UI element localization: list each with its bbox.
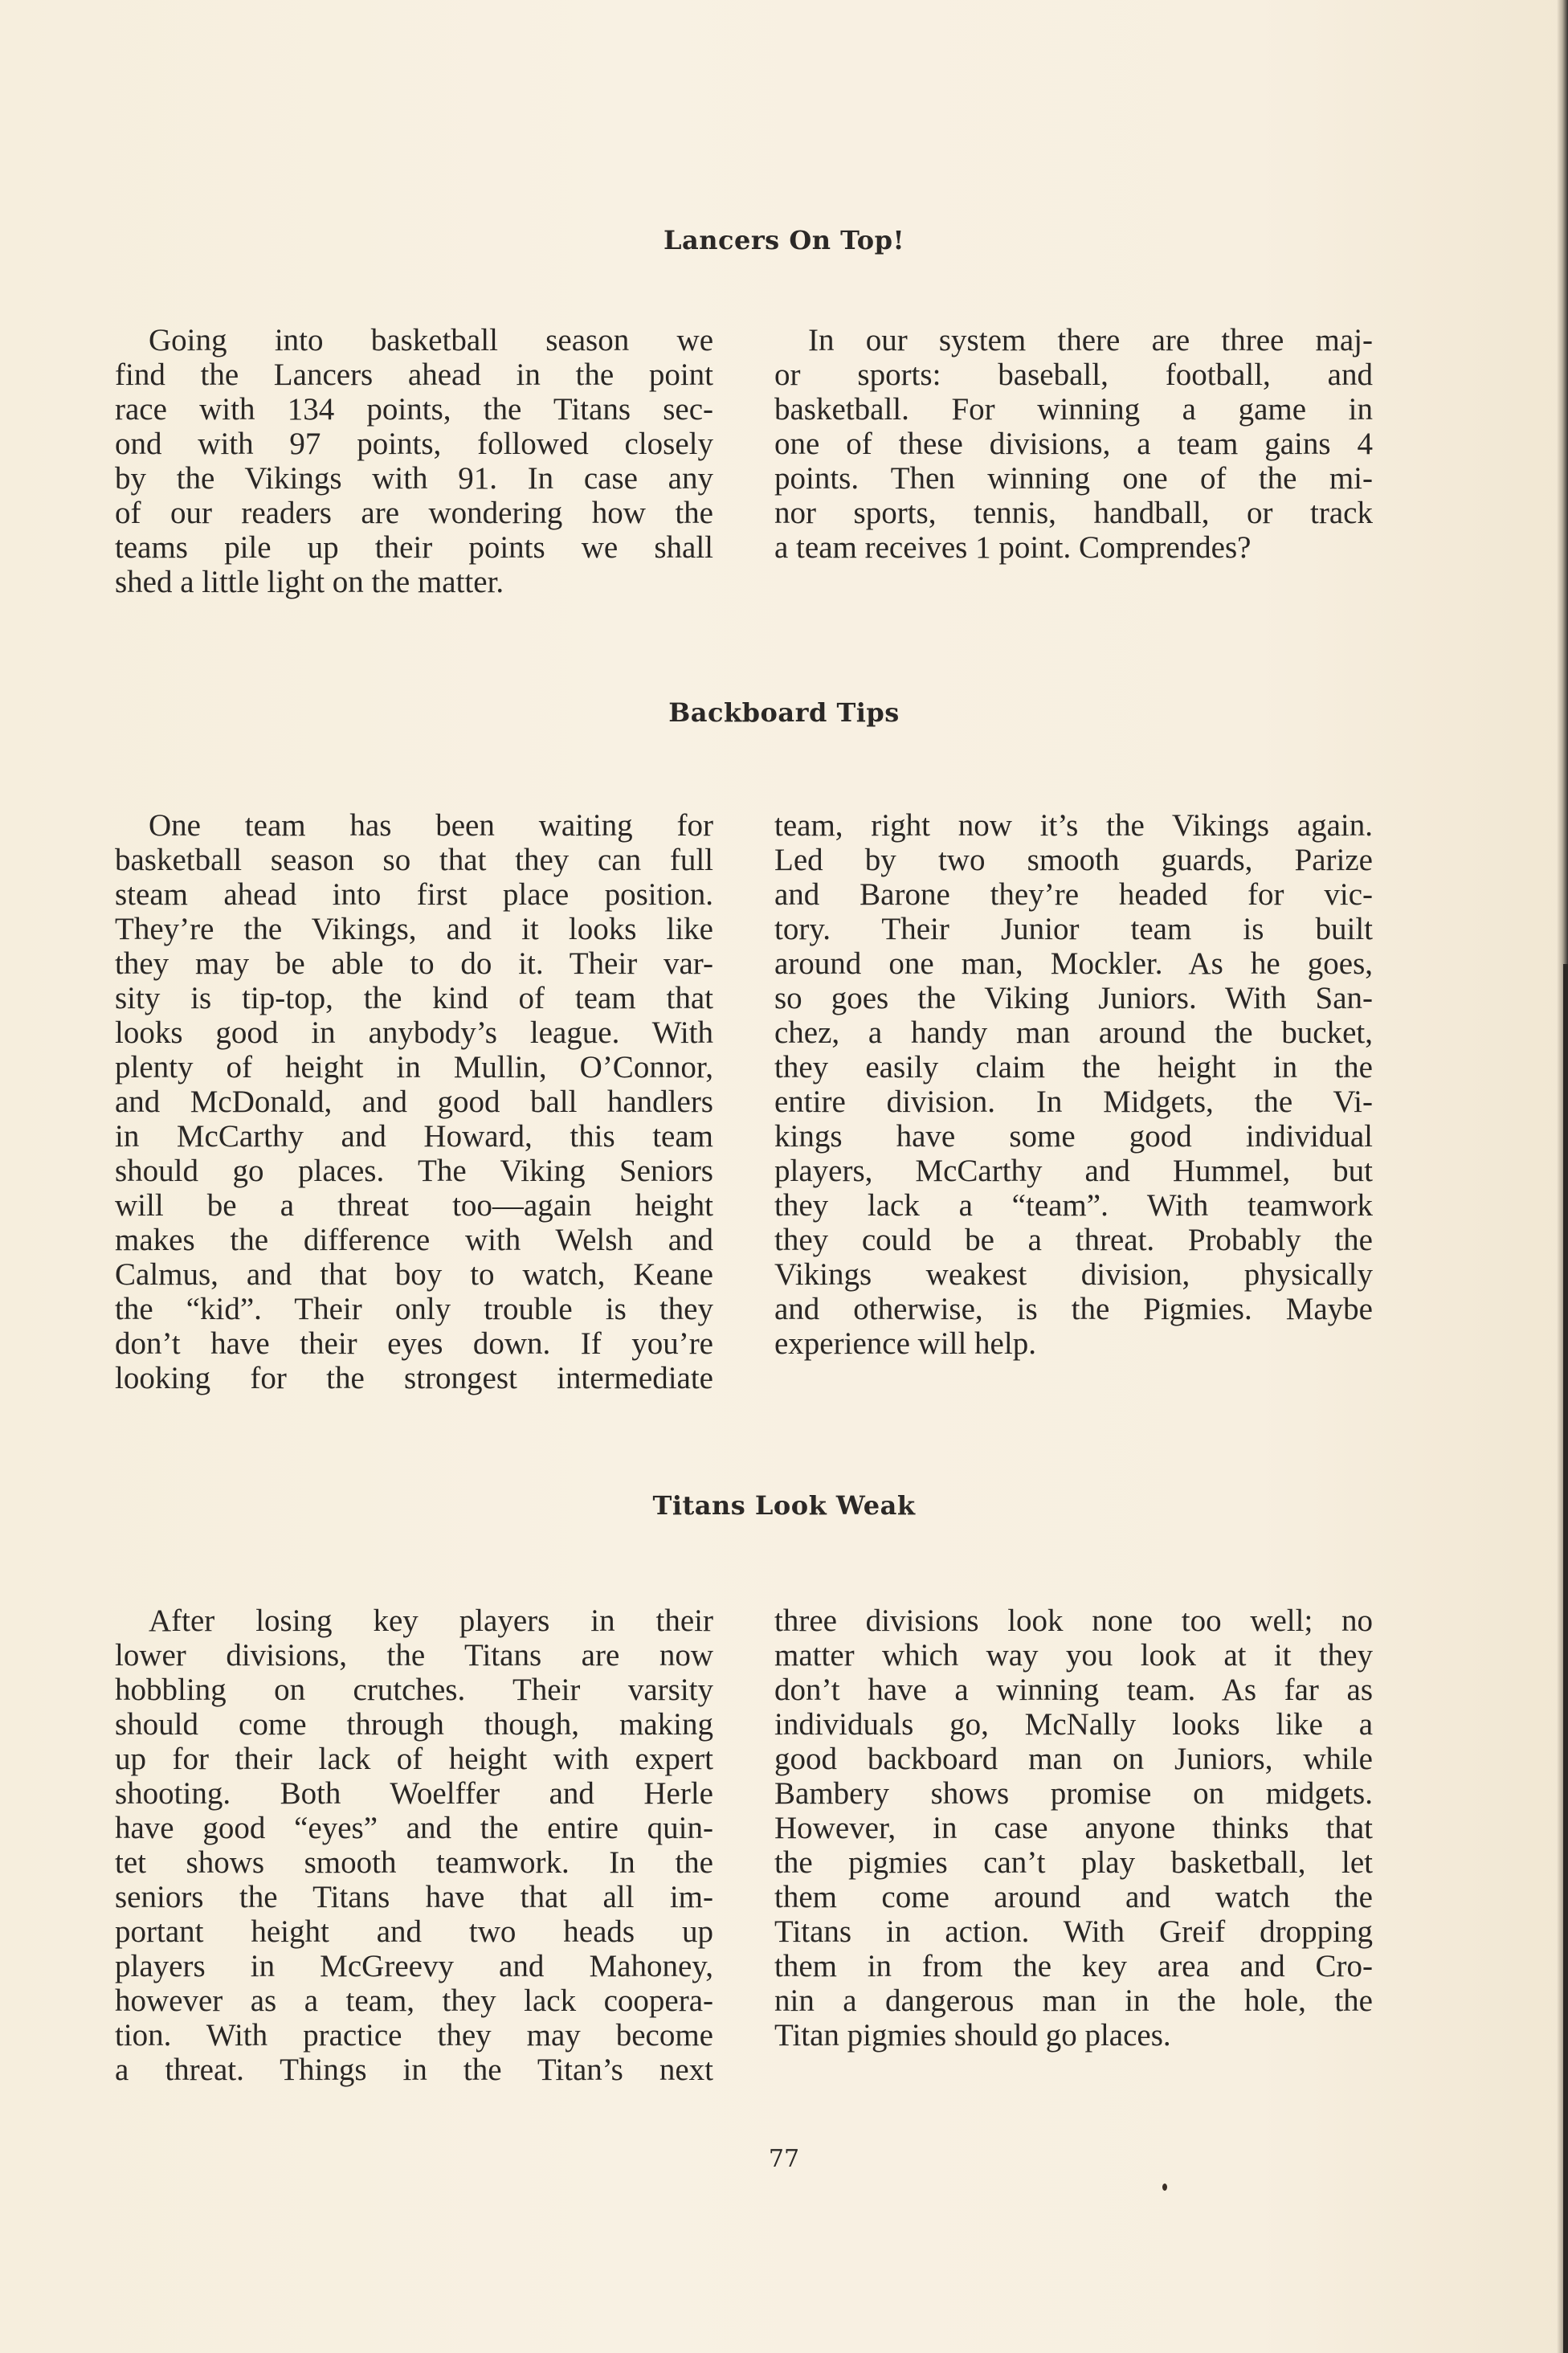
text-line: up for their lack of height with expert	[115, 1742, 713, 1776]
text-line: tory. Their Junior team is built	[774, 912, 1373, 946]
text-line: basketball season so that they can full	[115, 843, 713, 877]
text-line: the pigmies can’t play basketball, let	[774, 1845, 1373, 1880]
text-line: sity is tip-top, the kind of team that	[115, 981, 713, 1015]
text-line: the “kid”. Their only trouble is they	[115, 1292, 713, 1326]
text-line: team, right now it’s the Vikings again.	[774, 808, 1373, 843]
text-line: have good “eyes” and the entire quin-	[115, 1811, 713, 1845]
text-line: shooting. Both Woelffer and Herle	[115, 1776, 713, 1811]
text-line: nor sports, tennis, handball, or track	[774, 496, 1373, 530]
text-line: hobbling on crutches. Their varsity	[115, 1673, 713, 1707]
text-line: they easily claim the height in the	[774, 1050, 1373, 1085]
text-line: Titan pigmies should go places.	[774, 2018, 1373, 2053]
text-line: by the Vikings with 91. In case any	[115, 461, 713, 496]
text-line: points. Then winning one of the mi-	[774, 461, 1373, 496]
backboard-left-column: One team has been waiting for basketball…	[115, 808, 713, 1395]
text-line: don’t have their eyes down. If you’re	[115, 1326, 713, 1361]
text-line: After losing key players in their	[115, 1603, 713, 1638]
text-line: tet shows smooth teamwork. In the	[115, 1845, 713, 1880]
text-line: Vikings weakest division, physically	[774, 1257, 1373, 1292]
text-line: basketball. For winning a game in	[774, 392, 1373, 427]
text-line: One team has been waiting for	[115, 808, 713, 843]
text-line: kings have some good individual	[774, 1119, 1373, 1154]
text-line: of our readers are wondering how the	[115, 496, 713, 530]
text-line: seniors the Titans have that all im-	[115, 1880, 713, 1914]
text-line: In our system there are three maj-	[774, 323, 1373, 357]
section-heading-lancers-on-top: Lancers On Top!	[0, 225, 1568, 255]
text-line: Going into basketball season we	[115, 323, 713, 357]
text-line: players in McGreevy and Mahoney,	[115, 1949, 713, 1983]
text-line: tion. With practice they may become	[115, 2018, 713, 2053]
text-line: plenty of height in Mullin, O’Connor,	[115, 1050, 713, 1085]
text-line: however as a team, they lack coopera-	[115, 1983, 713, 2018]
text-line: players, McCarthy and Hummel, but	[774, 1154, 1373, 1188]
binding-edge	[1563, 964, 1568, 2353]
text-line: looking for the strongest intermediate	[115, 1361, 713, 1395]
text-line: don’t have a winning team. As far as	[774, 1673, 1373, 1707]
titans-right-column: three divisions look none too well; no m…	[774, 1603, 1373, 2053]
backboard-right-column: team, right now it’s the Vikings again. …	[774, 808, 1373, 1361]
text-line: matter which way you look at it they	[774, 1638, 1373, 1673]
text-line: entire division. In Midgets, the Vi-	[774, 1085, 1373, 1119]
text-line: a threat. Things in the Titan’s next	[115, 2053, 713, 2087]
text-line: Calmus, and that boy to watch, Keane	[115, 1257, 713, 1292]
text-line: they lack a “team”. With teamwork	[774, 1188, 1373, 1223]
text-line: Titans in action. With Greif dropping	[774, 1914, 1373, 1949]
text-line: They’re the Vikings, and it looks like	[115, 912, 713, 946]
text-line: lower divisions, the Titans are now	[115, 1638, 713, 1673]
text-line: they could be a threat. Probably the	[774, 1223, 1373, 1257]
text-line: or sports: baseball, football, and	[774, 357, 1373, 392]
text-line: three divisions look none too well; no	[774, 1603, 1373, 1638]
text-line: them come around and watch the	[774, 1880, 1373, 1914]
text-line: nin a dangerous man in the hole, the	[774, 1983, 1373, 2018]
text-line: experience will help.	[774, 1326, 1373, 1361]
text-line: race with 134 points, the Titans sec-	[115, 392, 713, 427]
lancers-left-column: Going into basketball season we find the…	[115, 323, 713, 599]
text-line: so goes the Viking Juniors. With San-	[774, 981, 1373, 1015]
titans-left-column: After losing key players in their lower …	[115, 1603, 713, 2087]
text-line: teams pile up their points we shall	[115, 530, 713, 565]
text-line: chez, a handy man around the bucket,	[774, 1015, 1373, 1050]
text-line: will be a threat too—again height	[115, 1188, 713, 1223]
page-number: 77	[0, 2145, 1568, 2173]
section-heading-backboard-tips: Backboard Tips	[0, 697, 1568, 728]
text-line: looks good in anybody’s league. With	[115, 1015, 713, 1050]
text-line: one of these divisions, a team gains 4	[774, 427, 1373, 461]
text-line: a team receives 1 point. Comprendes?	[774, 530, 1373, 565]
text-line: and otherwise, is the Pigmies. Maybe	[774, 1292, 1373, 1326]
text-line: Bambery shows promise on midgets.	[774, 1776, 1373, 1811]
text-line: individuals go, McNally looks like a	[774, 1707, 1373, 1742]
section-heading-titans-look-weak: Titans Look Weak	[0, 1490, 1568, 1521]
text-line: find the Lancers ahead in the point	[115, 357, 713, 392]
text-line: However, in case anyone thinks that	[774, 1811, 1373, 1845]
text-line: should come through though, making	[115, 1707, 713, 1742]
text-line: portant height and two heads up	[115, 1914, 713, 1949]
text-line: ond with 97 points, followed closely	[115, 427, 713, 461]
text-line: shed a little light on the matter.	[115, 565, 713, 599]
lancers-right-column: In our system there are three maj- or sp…	[774, 323, 1373, 565]
text-line: around one man, Mockler. As he goes,	[774, 946, 1373, 981]
text-line: and Barone they’re headed for vic-	[774, 877, 1373, 912]
text-line: in McCarthy and Howard, this team	[115, 1119, 713, 1154]
text-line: and McDonald, and good ball handlers	[115, 1085, 713, 1119]
magazine-page: Lancers On Top! Going into basketball se…	[0, 0, 1568, 2353]
ink-speck	[1162, 2183, 1167, 2191]
text-line: Led by two smooth guards, Parize	[774, 843, 1373, 877]
text-line: good backboard man on Juniors, while	[774, 1742, 1373, 1776]
text-line: makes the difference with Welsh and	[115, 1223, 713, 1257]
text-line: steam ahead into first place position.	[115, 877, 713, 912]
text-line: should go places. The Viking Seniors	[115, 1154, 713, 1188]
text-line: they may be able to do it. Their var-	[115, 946, 713, 981]
text-line: them in from the key area and Cro-	[774, 1949, 1373, 1983]
